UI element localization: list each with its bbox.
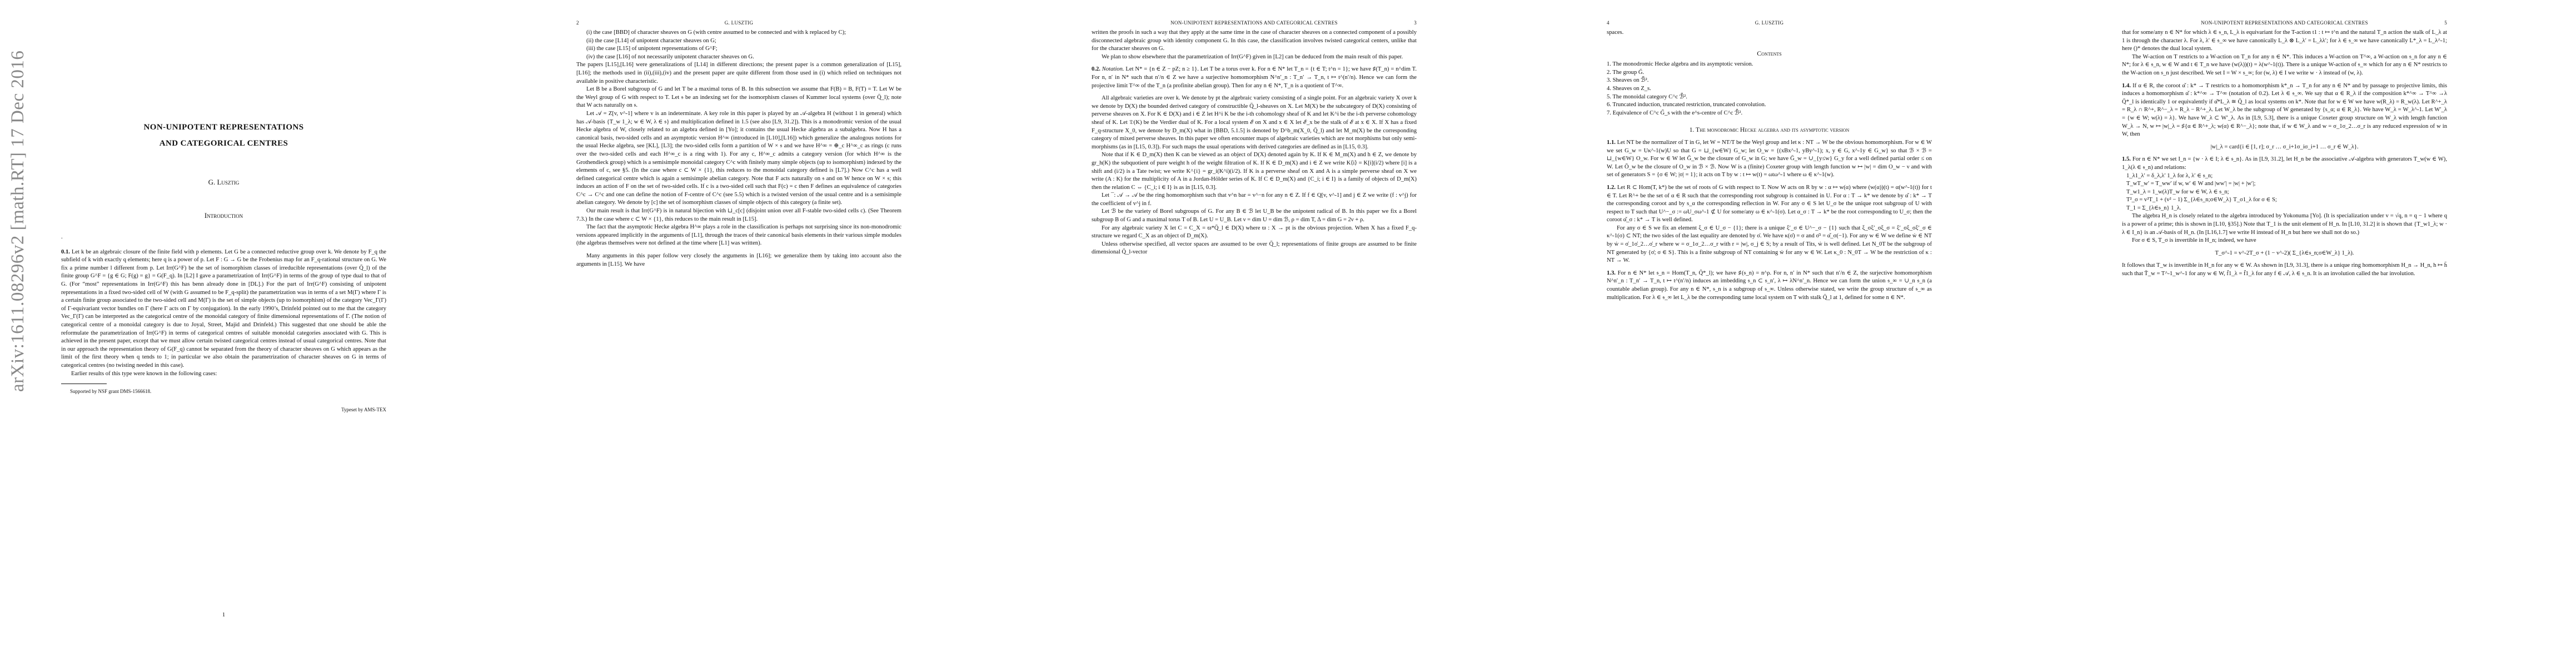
footnote-rule [61, 384, 107, 384]
paragraph-0-1: 0.1. Let k be an algebraic closure of th… [61, 248, 386, 370]
case-item: (i) the case [BBD] of character sheaves … [576, 29, 901, 37]
paragraph: Let ¯: 𝒜 → 𝒜 be the ring homomorphism su… [1092, 192, 1417, 208]
page-5: NON-UNIPOTENT REPRESENTATIONS AND CATEGO… [2061, 0, 2576, 667]
relation: 1_λ1_λ′ = δ_λ,λ′ 1_λ for λ, λ′ ∈ 𝔰_n; [2126, 172, 2447, 181]
equation: T_σ^-1 = v^-2T_σ + (1 − v^-2)( Σ_{λ∈𝔰_n;… [2122, 250, 2447, 258]
relation: T²_σ = v²T_1 + (v² − 1) Σ_{λ∈𝔰_n;σ∈W_λ} … [2126, 196, 2447, 205]
subsection: 1.3. For n ∈ N* let 𝔰_n = Hom(T_n, Q̄*_l… [1607, 270, 1932, 302]
relation: T_wT_w′ = T_ww′ if w, w′ ∈ W and |ww′| =… [2126, 180, 2447, 188]
page-4-body: spaces. Contents 1. The monodromic Hecke… [1607, 29, 1932, 302]
toc-item[interactable]: 1. The monodromic Hecke algebra and its … [1607, 61, 1932, 69]
equation: |w|_λ = card{i ∈ [1, r]; σ_r … σ_i+1σ_iσ… [2122, 143, 2447, 152]
page-1-body: . 0.1. Let k be an algebraic closure of … [61, 233, 386, 414]
subsection: 1.2. Let R ⊂ Hom(T, k*) be the set of ro… [1607, 184, 1932, 225]
paragraph: The fact that the asymptotic Hecke algeb… [576, 223, 901, 248]
paragraph: It follows that T_w is invertible in H_n… [2122, 262, 2447, 278]
section-heading: 1. The monodromic Hecke algebra and its … [1607, 126, 1932, 135]
paragraph: Our main result is that Irr(G^F) is in n… [576, 207, 901, 223]
paragraph: For any algebraic variety X let C = C_X … [1092, 225, 1417, 241]
notation-paragraph: 0.2. Notation. Let N* = {n ∈ Z − pZ; n ≥… [1092, 66, 1417, 90]
section-label: 0.1. [61, 249, 70, 255]
paragraph: that for some/any n ∈ N* for which λ ∈ 𝔰… [2122, 29, 2447, 53]
running-title: NON-UNIPOTENT REPRESENTATIONS AND CATEGO… [2122, 20, 2447, 26]
relation: T_1 = Σ_{λ∈𝔰_n} 1_λ. [2126, 205, 2447, 213]
relations-list: 1_λ1_λ′ = δ_λ,λ′ 1_λ for λ, λ′ ∈ 𝔰_n; T_… [2122, 172, 2447, 213]
paragraph: written the proofs in such a way that th… [1092, 29, 1417, 53]
page-number: 5 [2444, 20, 2447, 26]
paragraph: The papers [L15],[L16] were generalizati… [576, 61, 901, 86]
title-line-2: AND CATEGORICAL CENTRES [61, 136, 386, 152]
subsection: 1.5. For n ∈ N* we set I_n = {w · λ ∈ I;… [2122, 156, 2447, 172]
subsection: 1.4. If α ∈ R, the coroot α̌ : k* → T re… [2122, 82, 2447, 139]
paragraph: For any σ ∈ S we fix an element ξ_σ ∈ U_… [1607, 225, 1932, 265]
paragraph: Let ℬ be the variety of Borel subgroups … [1092, 208, 1417, 224]
paragraph: For σ ∈ S, T_σ is invertible in H_n; ind… [2122, 237, 2447, 245]
paragraph: Let B be a Borel subgroup of G and let T… [576, 86, 901, 110]
paragraph: The W-action on T restricts to a W-actio… [2122, 53, 2447, 78]
table-of-contents: 1. The monodromic Hecke algebra and its … [1607, 61, 1932, 117]
relation: T_w1_λ = 1_w(λ)T_w for w ∈ W, λ ∈ 𝔰_n; [2126, 188, 2447, 197]
paragraph: Earlier results of this type were known … [61, 370, 386, 379]
toc-item[interactable]: 2. The group G̃. [1607, 69, 1932, 77]
toc-item[interactable]: 7. Equivalence of C^c G̃_s with the e^s-… [1607, 109, 1932, 118]
page-2-body: (i) the case [BBD] of character sheaves … [576, 29, 901, 268]
paragraph: spaces. [1607, 29, 1932, 37]
typeset-note: Typeset by AMS-TEX [61, 406, 386, 414]
footnote: Supported by NSF grant DMS-1566618. [61, 387, 386, 396]
paragraph: The algebra H_n is closely related to th… [2122, 212, 2447, 237]
case-item: (iii) the case [L15] of unipotent repres… [576, 45, 901, 53]
author-name: G. Lusztig [61, 178, 386, 187]
section-label: 0.2. [1092, 66, 1100, 72]
stray-dot: . [61, 233, 386, 242]
toc-item[interactable]: 6. Truncated induction, truncated restri… [1607, 101, 1932, 109]
contents-heading: Contents [1607, 49, 1932, 58]
page-3: NON-UNIPOTENT REPRESENTATIONS AND CATEGO… [1030, 0, 1546, 667]
running-title: G. LUSZTIG [1607, 20, 1932, 26]
case-item: (iv) the case [L16] of not necessarily u… [576, 53, 901, 62]
toc-item[interactable]: 5. The monoidal category C^c ℬ̃². [1607, 93, 1932, 102]
title-line-1: NON-UNIPOTENT REPRESENTATIONS [61, 120, 386, 136]
paragraph: Note that if K ∈ D_m(X) then K can be vi… [1092, 151, 1417, 192]
toc-item[interactable]: 3. Sheaves on ℬ̃². [1607, 77, 1932, 85]
page-number: 3 [1414, 20, 1417, 26]
page-4: 4 G. LUSZTIG spaces. Contents 1. The mon… [1546, 0, 2061, 667]
introduction-heading: Introduction [61, 211, 386, 220]
page-number: 1 [61, 611, 386, 618]
page-2: 2 G. LUSZTIG (i) the case [BBD] of chara… [515, 0, 1030, 667]
paragraph: Unless otherwise specified, all vector s… [1092, 241, 1417, 257]
paragraph: All algebraic varieties are over k. We d… [1092, 94, 1417, 151]
paragraph: Let 𝒜 = Z[v, v^-1] where v is an indeter… [576, 110, 901, 207]
paper-title: NON-UNIPOTENT REPRESENTATIONS AND CATEGO… [61, 120, 386, 152]
running-title: NON-UNIPOTENT REPRESENTATIONS AND CATEGO… [1092, 20, 1417, 26]
page-3-body: written the proofs in such a way that th… [1092, 29, 1417, 257]
notation-title: Notation. [1102, 66, 1124, 72]
paragraph: We plan to show elsewhere that the param… [1092, 53, 1417, 62]
case-item: (ii) the case [L14] of unipotent charact… [576, 37, 901, 46]
toc-item[interactable]: 4. Sheaves on Z_s. [1607, 85, 1932, 93]
subsection: 1.1. Let NT be the normalizer of T in G,… [1607, 139, 1932, 180]
arxiv-stamp: arXiv:1611.08296v2 [math.RT] 17 Dec 2016 [8, 51, 28, 392]
running-title: G. LUSZTIG [576, 20, 901, 26]
paragraph: Many arguments in this paper follow very… [576, 252, 901, 268]
page-1: arXiv:1611.08296v2 [math.RT] 17 Dec 2016… [0, 0, 515, 667]
page-5-body: that for some/any n ∈ N* for which λ ∈ 𝔰… [2122, 29, 2447, 278]
